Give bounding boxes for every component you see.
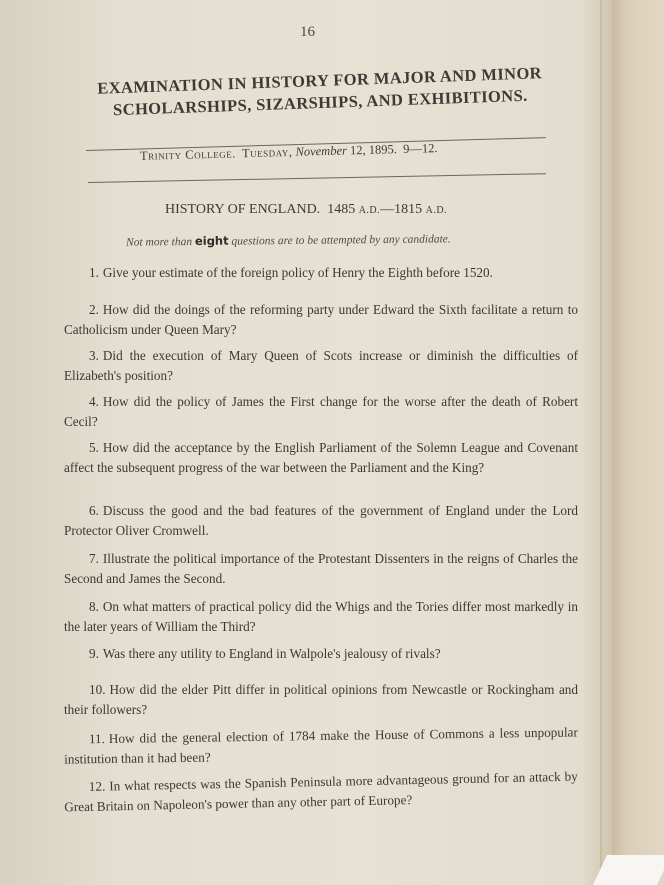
question-number: 5. <box>89 438 99 458</box>
page-gutter-shadow <box>600 0 602 885</box>
question-text: Did the execution of Mary Queen of Scots… <box>64 348 578 383</box>
question-number: 6. <box>89 501 99 521</box>
question-8: 8.On what matters of practical policy di… <box>64 597 578 637</box>
question-5: 5.How did the acceptance by the English … <box>64 438 578 478</box>
exam-date: 12, 1895. <box>350 142 397 157</box>
question-7: 7.Illustrate the political importance of… <box>64 549 578 589</box>
question-number: 3. <box>89 346 99 366</box>
section-to-era: A.D. <box>426 205 447 216</box>
question-text: How did the doings of the reforming part… <box>64 302 578 337</box>
section-dash: — <box>380 202 394 217</box>
section-title: HISTORY OF ENGLAND. <box>165 202 320 217</box>
question-text: Give your estimate of the foreign policy… <box>103 265 493 280</box>
question-text: How did the acceptance by the English Pa… <box>64 440 578 475</box>
question-text: How did the elder Pitt differ in politic… <box>64 682 578 717</box>
page-number: 16 <box>300 24 315 41</box>
question-text: In what respects was the Spanish Peninsu… <box>64 769 578 815</box>
question-number: 11. <box>89 729 105 749</box>
question-text: Was there any utility to England in Walp… <box>103 646 441 661</box>
question-number: 12. <box>89 777 106 797</box>
college-name: Trinity College. <box>140 146 236 163</box>
instruction-text-post: questions are to be attempted by any can… <box>231 233 450 247</box>
section-from-year: 1485 <box>327 202 355 217</box>
question-9: 9.Was there any utility to England in Wa… <box>64 644 578 664</box>
next-page-edge <box>612 0 664 885</box>
question-6: 6.Discuss the good and the bad features … <box>64 501 578 541</box>
question-10: 10.How did the elder Pitt differ in poli… <box>64 680 578 720</box>
section-heading: HISTORY OF ENGLAND. 1485 A.D.—1815 A.D. <box>165 202 447 218</box>
question-number: 1. <box>89 263 99 283</box>
question-text: How did the general election of 1784 mak… <box>64 724 578 766</box>
question-4: 4.How did the policy of James the First … <box>64 392 578 432</box>
question-number: 9. <box>89 644 99 664</box>
question-number: 4. <box>89 392 99 412</box>
exam-day: Tuesday, <box>242 145 293 160</box>
question-number: 7. <box>89 549 99 569</box>
question-2: 2.How did the doings of the reforming pa… <box>64 300 578 340</box>
question-text: Illustrate the political importance of t… <box>64 551 578 586</box>
section-from-era: A.D. <box>359 205 380 216</box>
question-text: On what matters of practical policy did … <box>64 599 578 634</box>
instruction-emphasis: eight <box>195 234 229 248</box>
instruction-text-pre: Not more than <box>126 236 192 249</box>
question-number: 2. <box>89 300 99 320</box>
question-text: How did the policy of James the First ch… <box>64 394 578 429</box>
question-text: Discuss the good and the bad features of… <box>64 503 578 538</box>
question-1: 1.Give your estimate of the foreign poli… <box>64 263 578 283</box>
question-3: 3.Did the execution of Mary Queen of Sco… <box>64 346 578 386</box>
section-to-year: 1815 <box>394 202 422 217</box>
question-number: 8. <box>89 597 99 617</box>
question-number: 10. <box>89 680 105 700</box>
exam-time: 9—12. <box>403 141 438 156</box>
page-corner <box>593 855 664 885</box>
question-11: 11.How did the general election of 1784 … <box>64 722 579 769</box>
exam-month: November <box>295 143 347 158</box>
